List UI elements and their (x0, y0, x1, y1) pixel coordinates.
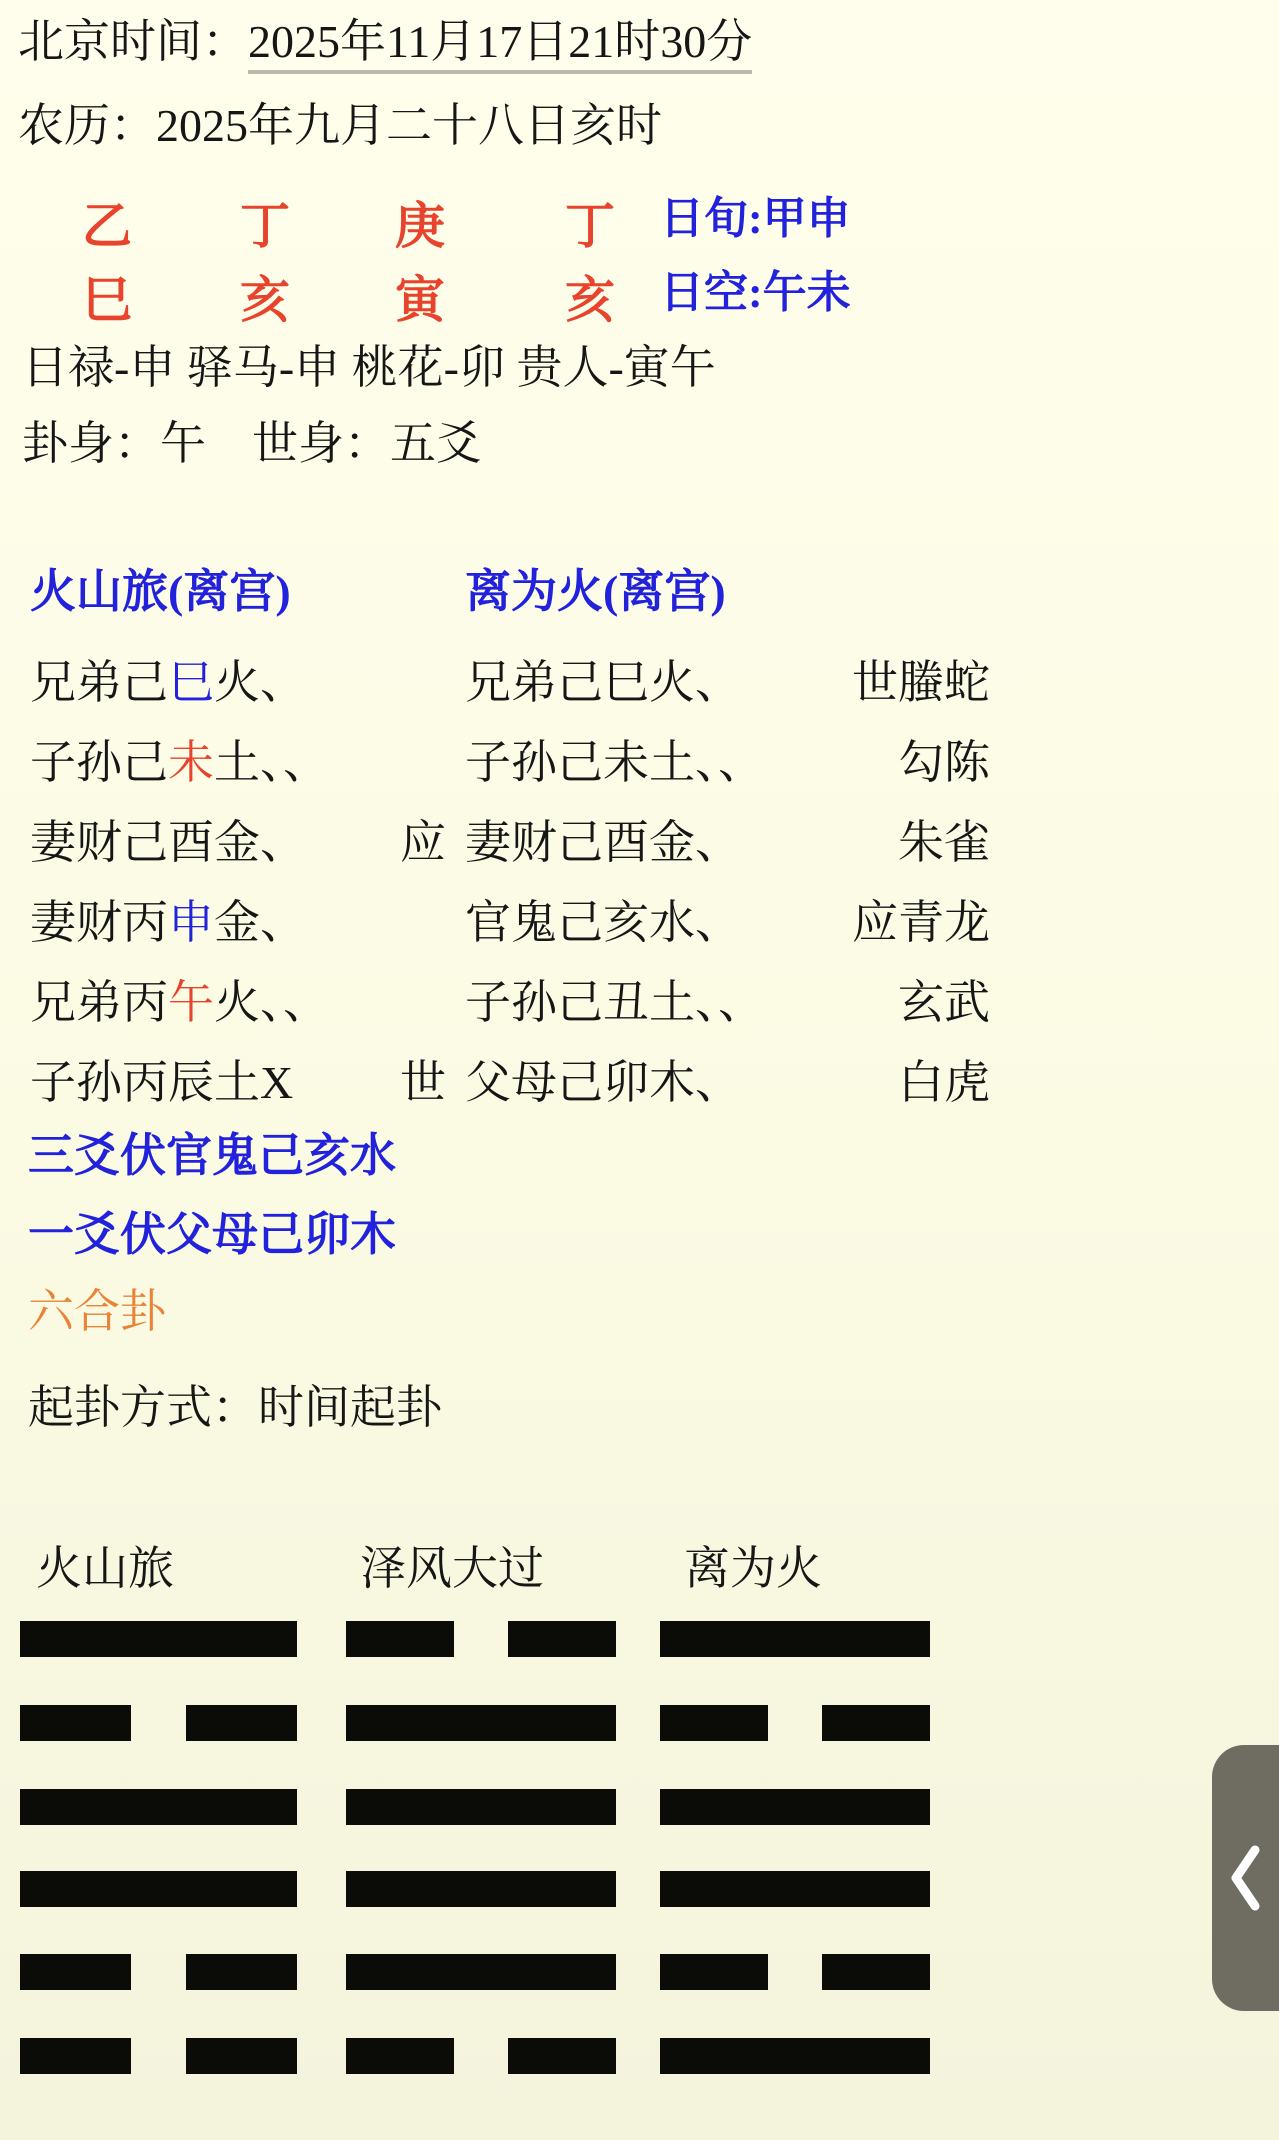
line-text-segment: 未 (168, 737, 214, 788)
yin-line-bar (20, 2038, 297, 2074)
earthly-branch: 亥 (565, 260, 615, 332)
day-kong-label: 日空:午未 (660, 268, 851, 317)
gua-table-row: 子孙己未土、、子孙己未土、、勾陈 (0, 726, 1279, 780)
heavenly-stem: 乙 (82, 186, 132, 258)
main-gua-line-text: 妻财丙申金、 (30, 886, 306, 952)
yin-line-bar (20, 1954, 297, 1990)
yang-line-bar (660, 1621, 930, 1657)
beijing-time-value: 2025年11月17日21时30分 (248, 16, 752, 74)
line-text-segment: 申 (168, 897, 214, 948)
line-text-segment: 午 (168, 977, 214, 1028)
line-text-segment: 火 (214, 657, 260, 708)
shi-ying-marker: 世 (400, 1046, 446, 1112)
beijing-time-label: 北京时间： (18, 16, 248, 67)
liuhe-gua-tag: 六合卦 (28, 1286, 166, 1338)
heavenly-stem: 丁 (240, 186, 290, 258)
collapse-panel-button[interactable] (1212, 1745, 1279, 2011)
line-text-segment: 土 (214, 737, 260, 788)
yao-mark: 、 (260, 817, 306, 868)
six-god-label: 白虎 (610, 1046, 990, 1112)
line-text-segment: 子孙己 (30, 737, 168, 788)
liuyao-chart-screen: 北京时间：2025年11月17日21时30分 农历：2025年九月二十八日亥时 … (0, 0, 1279, 2140)
yang-line-bar (20, 1871, 297, 1907)
earthly-branch: 巳 (82, 260, 132, 332)
main-gua-title: 火山旅(离宫) (30, 566, 291, 618)
yao-mark: 、 (260, 897, 306, 948)
chevron-left-icon (1227, 1842, 1265, 1914)
heavenly-stem: 庚 (395, 186, 445, 258)
six-god-label: 应青龙 (610, 886, 990, 952)
yao-mark: 、、 (260, 737, 329, 788)
yang-line-bar (346, 1954, 616, 1990)
yin-line-bar (346, 1621, 616, 1657)
yang-line-bar (346, 1705, 616, 1741)
yang-line-bar (660, 1789, 930, 1825)
six-god-label: 朱雀 (610, 806, 990, 872)
shi-ying-marker: 应 (400, 806, 446, 872)
main-gua-line-text: 兄弟丙午火、、 (30, 966, 329, 1032)
heavenly-stem: 丁 (565, 186, 615, 258)
line-text-segment: 火 (214, 977, 260, 1028)
line-text-segment: 子孙丙辰土 (30, 1057, 260, 1108)
gua-table-row: 子孙丙辰土X世父母己卯木、白虎 (0, 1046, 1279, 1100)
hexagram-name-label: 离为火 (684, 1532, 822, 1598)
beijing-time-line: 北京时间：2025年11月17日21时30分 (18, 16, 752, 68)
yin-line-bar (20, 1705, 297, 1741)
main-gua-line-text: 子孙丙辰土X (30, 1046, 293, 1112)
method-line: 起卦方式：时间起卦 (28, 1382, 442, 1434)
six-god-label: 世螣蛇 (610, 646, 990, 712)
earthly-branch: 亥 (240, 260, 290, 332)
six-god-label: 玄武 (610, 966, 990, 1032)
shensha-line: 日禄-申 驿马-申 桃花-卯 贵人-寅午 (22, 342, 716, 394)
hexagram-name-label: 泽风大过 (360, 1532, 544, 1598)
yang-line-bar (660, 2038, 930, 2074)
earthly-branch: 寅 (395, 260, 445, 332)
hexagram-name-label: 火山旅 (36, 1532, 174, 1598)
yang-line-bar (346, 1871, 616, 1907)
gua-table-row: 妻财丙申金、官鬼己亥水、应青龙 (0, 886, 1279, 940)
yao-mark: X (260, 1057, 293, 1108)
yin-line-bar (660, 1705, 930, 1741)
line-text-segment: 金 (214, 897, 260, 948)
guashen-line: 卦身：午 世身：五爻 (22, 418, 482, 470)
main-gua-line-text: 兄弟己巳火、 (30, 646, 306, 712)
yao-mark: 、 (260, 657, 306, 708)
line-text-segment: 巳 (168, 657, 214, 708)
main-gua-line-text: 子孙己未土、、 (30, 726, 329, 792)
gua-table-row: 妻财己酉金、应妻财己酉金、朱雀 (0, 806, 1279, 860)
hidden-line-note: 三爻伏官鬼己亥水 (28, 1130, 396, 1182)
changed-gua-title: 离为火(离宫) (465, 566, 726, 618)
day-xun-label: 日旬:甲申 (660, 194, 851, 243)
yang-line-bar (20, 1621, 297, 1657)
yang-line-bar (20, 1789, 297, 1825)
line-text-segment: 兄弟丙 (30, 977, 168, 1028)
lunar-date-line: 农历：2025年九月二十八日亥时 (18, 100, 662, 152)
yang-line-bar (346, 1789, 616, 1825)
gua-table-row: 兄弟己巳火、兄弟己巳火、世螣蛇 (0, 646, 1279, 700)
gua-table-row: 兄弟丙午火、、子孙己丑土、、玄武 (0, 966, 1279, 1020)
line-text-segment: 妻财己酉金 (30, 817, 260, 868)
hidden-line-note: 一爻伏父母己卯木 (28, 1209, 396, 1261)
yang-line-bar (660, 1871, 930, 1907)
six-god-label: 勾陈 (610, 726, 990, 792)
yao-mark: 、、 (260, 977, 329, 1028)
main-gua-line-text: 妻财己酉金、 (30, 806, 306, 872)
yin-line-bar (660, 1954, 930, 1990)
line-text-segment: 妻财丙 (30, 897, 168, 948)
yin-line-bar (346, 2038, 616, 2074)
line-text-segment: 兄弟己 (30, 657, 168, 708)
